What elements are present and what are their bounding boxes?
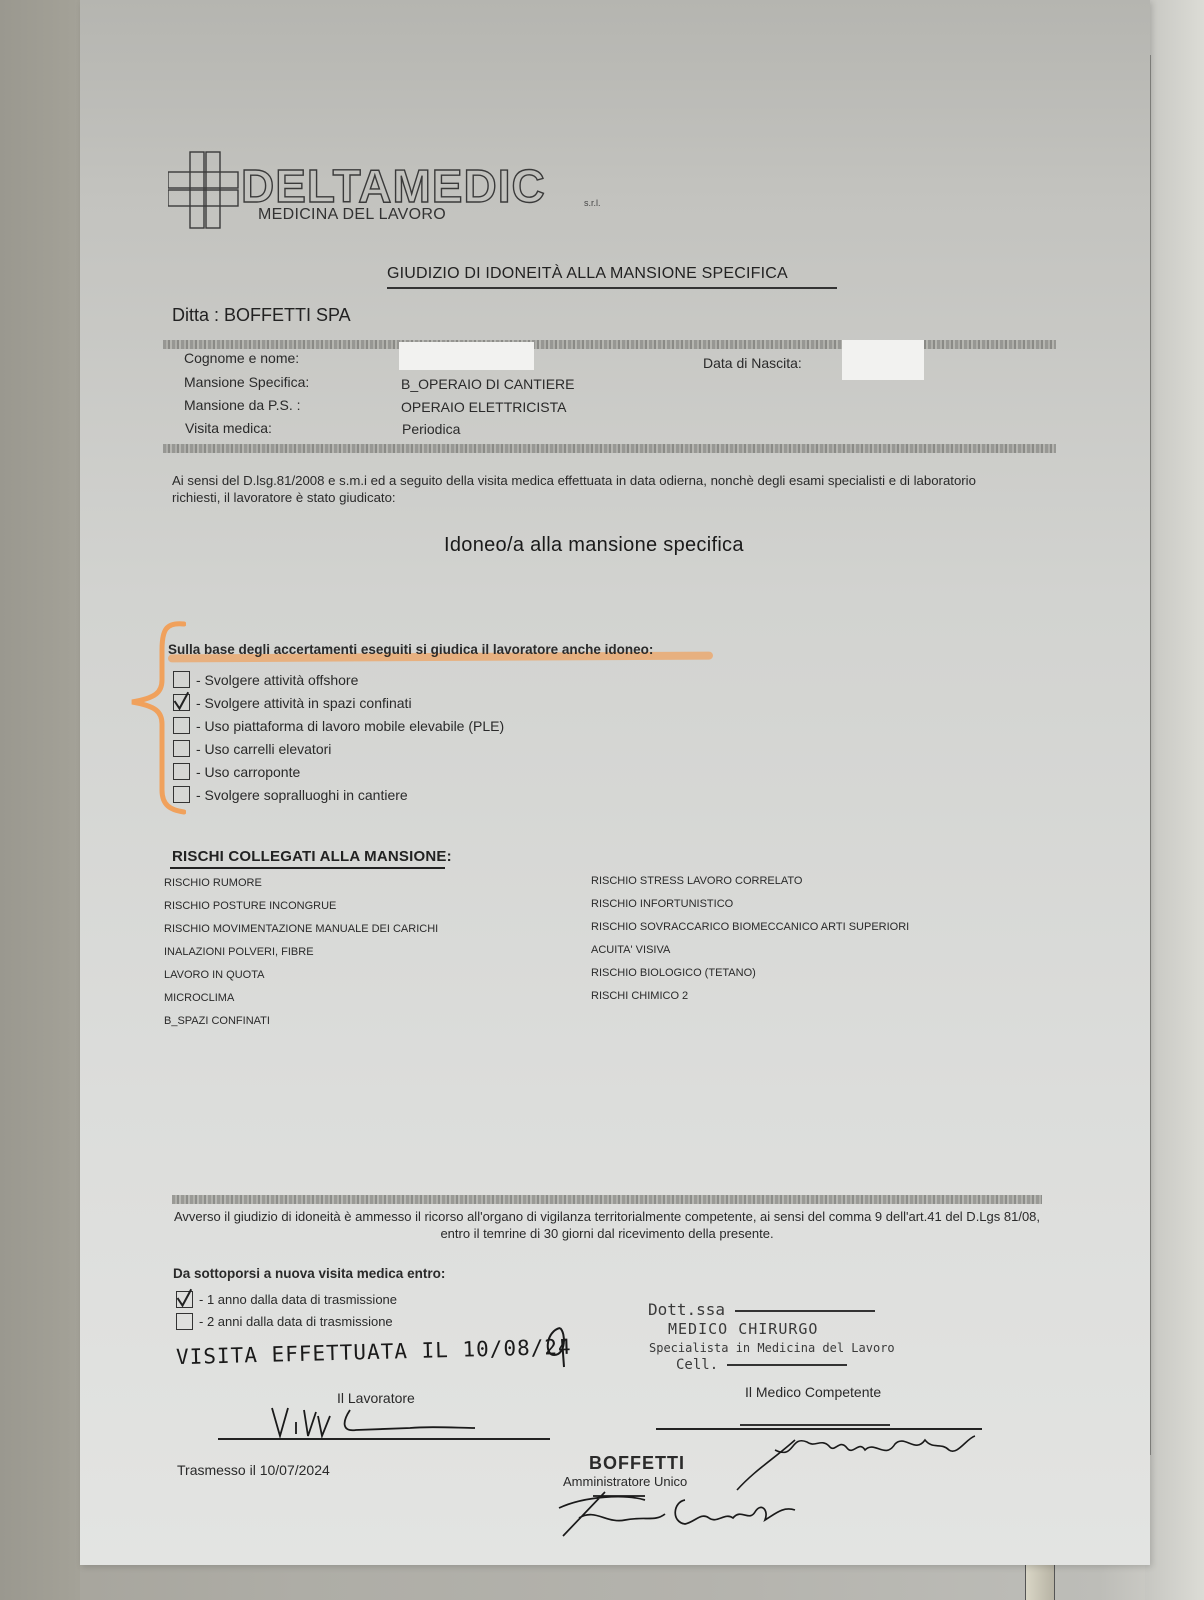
handwritten-initial-mark [540, 1325, 570, 1370]
visita-label: Visita medica: [185, 420, 272, 436]
fitness-option-label: - Uso carrelli elevatori [196, 741, 331, 757]
visit-option-label: - 2 anni dalla data di trasmissione [199, 1314, 393, 1329]
verdict: Idoneo/a alla mansione specifica [444, 534, 744, 557]
transmission-date: Trasmesso il 10/07/2024 [177, 1462, 330, 1478]
check-mark-icon [175, 1288, 195, 1308]
fitness-option[interactable]: - Svolgere attività in spazi confinati [173, 691, 504, 714]
risks-right-column: RISCHIO STRESS LAVORO CORRELATORISCHIO I… [591, 875, 909, 1013]
legal-intro: Ai sensi del D.lsg.81/2008 e s.m.i ed a … [172, 472, 1012, 506]
risk-item: RISCHIO RUMORE [164, 877, 438, 900]
risk-item: RISCHIO STRESS LAVORO CORRELATO [591, 875, 909, 898]
doctor-stamp-line2: MEDICO CHIRURGO [668, 1320, 818, 1338]
risk-item: MICROCLIMA [164, 992, 438, 1015]
fitness-option-label: - Svolgere sopralluoghi in cantiere [196, 787, 408, 803]
mansione-ps-label: Mansione da P.S. : [184, 397, 300, 413]
doctor-label: Il Medico Competente [745, 1384, 881, 1400]
paper-stack-edge [1145, 0, 1204, 1600]
mansione-ps-value: OPERAIO ELETTRICISTA [401, 399, 566, 415]
fitness-option-label: - Svolgere attività offshore [196, 672, 358, 688]
risk-item: B_SPAZI CONFINATI [164, 1015, 438, 1038]
divider-band [172, 1195, 1042, 1204]
appeal-notice: Avverso il giudizio di idoneità è ammess… [172, 1208, 1042, 1242]
divider-band [163, 444, 1056, 453]
checkbox[interactable] [173, 671, 190, 688]
risk-item: RISCHIO POSTURE INCONGRUE [164, 900, 438, 923]
document-title: GIUDIZIO DI IDONEITÀ ALLA MANSIONE SPECI… [387, 265, 788, 283]
birth-date-redacted [842, 340, 924, 380]
visit-option[interactable]: - 1 anno dalla data di trasmissione [176, 1288, 397, 1310]
fitness-option[interactable]: - Uso carroponte [173, 760, 504, 783]
doctor-stamp-line4: Cell. [676, 1357, 847, 1373]
fitness-option-label: - Uso carroponte [196, 764, 300, 780]
fitness-option[interactable]: - Svolgere sopralluoghi in cantiere [173, 783, 504, 806]
check-mark-icon [172, 691, 192, 711]
name-value-redacted [399, 342, 534, 370]
risk-item: LAVORO IN QUOTA [164, 969, 438, 992]
mansione-label: Mansione Specifica: [184, 374, 309, 390]
fitness-option-label: - Uso piattaforma di lavoro mobile eleva… [196, 718, 504, 734]
fitness-option-label: - Svolgere attività in spazi confinati [196, 695, 412, 711]
company-signature [555, 1488, 815, 1538]
fitness-option[interactable]: - Uso piattaforma di lavoro mobile eleva… [173, 714, 504, 737]
desk-background [0, 0, 80, 1600]
risk-item: RISCHI CHIMICO 2 [591, 990, 909, 1013]
company-name: Ditta : BOFFETTI SPA [172, 305, 351, 326]
visit-option[interactable]: - 2 anni dalla data di trasmissione [176, 1310, 397, 1332]
checked-checkbox[interactable] [173, 694, 190, 711]
doctor-signature [735, 1430, 980, 1495]
additional-fitness-list: - Svolgere attività offshore- Svolgere a… [173, 668, 504, 806]
risks-heading: RISCHI COLLEGATI ALLA MANSIONE: [172, 848, 452, 865]
risk-item: RISCHIO MOVIMENTAZIONE MANUALE DEI CARIC… [164, 923, 438, 946]
title-underline [387, 287, 837, 289]
risk-item: RISCHIO BIOLOGICO (TETANO) [591, 967, 909, 990]
risks-heading-underline [170, 867, 445, 869]
mansione-value: B_OPERAIO DI CANTIERE [401, 376, 574, 392]
checkbox[interactable] [173, 763, 190, 780]
redaction-strike [735, 1310, 875, 1312]
risk-item: RISCHIO INFORTUNISTICO [591, 898, 909, 921]
fitness-option[interactable]: - Svolgere attività offshore [173, 668, 504, 691]
fitness-option[interactable]: - Uso carrelli elevatori [173, 737, 504, 760]
risk-item: ACUITA' VISIVA [591, 944, 909, 967]
brand-subtitle: MEDICINA DEL LAVORO [258, 206, 446, 224]
birth-date-label: Data di Nascita: [703, 355, 802, 371]
checkbox[interactable] [176, 1313, 193, 1330]
additional-fitness-heading: Sulla base degli accertamenti eseguiti s… [168, 642, 653, 657]
name-label: Cognome e nome: [184, 350, 299, 366]
redaction-strike [727, 1364, 847, 1366]
risks-left-column: RISCHIO RUMORERISCHIO POSTURE INCONGRUER… [164, 877, 438, 1038]
checkbox[interactable] [173, 717, 190, 734]
checkbox[interactable] [173, 740, 190, 757]
checked-checkbox[interactable] [176, 1291, 193, 1308]
visit-option-label: - 1 anno dalla data di trasmissione [199, 1292, 397, 1307]
risk-item: INALAZIONI POLVERI, FIBRE [164, 946, 438, 969]
worker-signature [270, 1402, 480, 1442]
visita-value: Periodica [402, 421, 460, 437]
next-visit-heading: Da sottoporsi a nuova visita medica entr… [173, 1266, 445, 1281]
risk-item: RISCHIO SOVRACCARICO BIOMECCANICO ARTI S… [591, 921, 909, 944]
brand-name: DELTAMEDIC [241, 163, 546, 209]
doctor-stamp-line3: Specialista in Medicina del Lavoro [649, 1341, 895, 1355]
brand-suffix: s.r.l. [584, 198, 601, 208]
checkbox[interactable] [173, 786, 190, 803]
next-visit-options: - 1 anno dalla data di trasmissione- 2 a… [176, 1288, 397, 1332]
doctor-stamp-line1: Dott.ssa [648, 1300, 875, 1319]
company-stamp-name: BOFFETTI [589, 1453, 685, 1474]
company-stamp-role: Amministratore Unico [563, 1474, 687, 1489]
doctor-name-strike [740, 1416, 890, 1426]
